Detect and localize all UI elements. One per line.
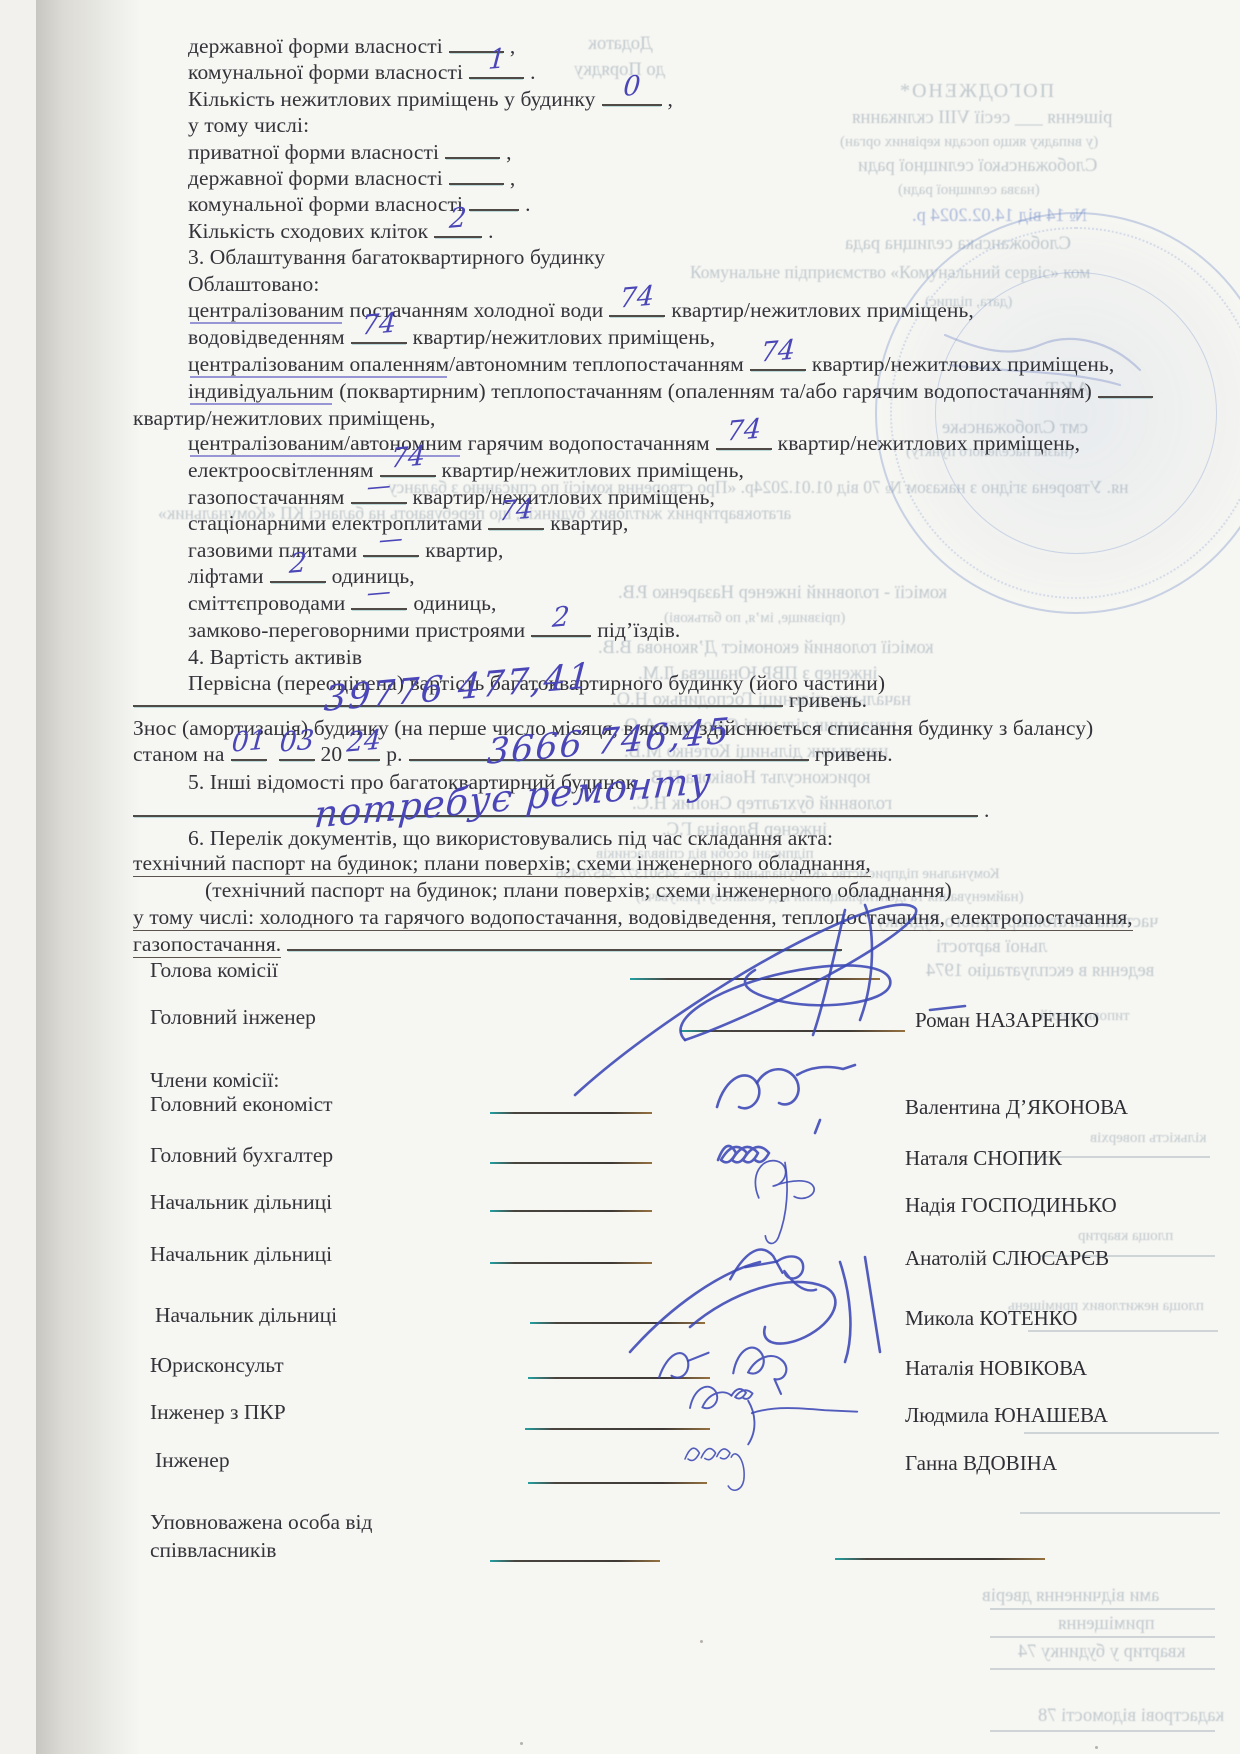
- signature-role: Голова комісії: [150, 958, 278, 983]
- blank-field: потребує ремонту: [133, 809, 978, 817]
- bleed-text: рішення ___ сесії VIII скликання: [852, 108, 1112, 129]
- bleed-text: (назва селищної ради): [898, 182, 1040, 199]
- form-line: Кількість сходових кліток2.: [188, 219, 494, 244]
- bleed-line: [990, 1636, 1215, 1638]
- signature-role: Уповноважена особа від: [150, 1510, 372, 1535]
- form-line: Кількість нежитлових приміщень у будинку…: [188, 87, 673, 112]
- signature-role: Начальник дільниці: [150, 1242, 332, 1267]
- bleed-line: [990, 1668, 1215, 1670]
- blank-field: 74: [351, 336, 407, 344]
- form-line: стаціонарними електроплитами74квартир,: [188, 511, 628, 536]
- blank-field: 74: [488, 522, 544, 530]
- blank-field: [449, 177, 504, 185]
- bleed-text: Слобожанської селищної ради: [858, 156, 1097, 177]
- form-line: газовими плитами—квартир,: [188, 538, 503, 563]
- depreciation-line: станом на01032024р.3666 746,45гривень.: [133, 742, 893, 767]
- form-line: централізованим постачанням холодної вод…: [188, 298, 974, 323]
- form-line: у тому числі:: [188, 113, 309, 138]
- signer-name: Анатолій СЛЮСАРЄВ: [905, 1246, 1109, 1271]
- section-3-heading: 3. Облаштування багатоквартирного будинк…: [188, 245, 605, 270]
- blank-field: 74: [609, 309, 665, 317]
- signature-role: Начальник дільниці: [155, 1303, 337, 1328]
- bleed-text: приміщення: [1058, 1614, 1155, 1635]
- blank-field: 3666 746,45: [409, 753, 809, 761]
- bleed-line: [990, 1608, 1215, 1610]
- signer-name: Надія ГОСПОДИНЬКО: [905, 1193, 1117, 1218]
- form-line: квартир/нежитлових приміщень,: [133, 406, 436, 431]
- blank-field: 74: [716, 442, 772, 450]
- form-line: централізованим/автономним гарячим водоп…: [188, 431, 1080, 456]
- form-line: приватної форми власності,: [188, 140, 512, 165]
- signature-role: Інженер з ПКР: [150, 1400, 286, 1425]
- form-line: газопостачанням—квартир/нежитлових примі…: [188, 485, 715, 510]
- signer-name: Микола КОТЕНКО: [905, 1306, 1077, 1331]
- bleed-line: [1024, 1432, 1219, 1434]
- signature-line: [490, 1162, 652, 1164]
- signature-line: [490, 1210, 652, 1212]
- section-4-heading: 4. Вартість активів: [188, 645, 362, 670]
- signature-role: співвласників: [150, 1538, 276, 1563]
- signature-squiggle-dyakonova: [695, 1055, 875, 1115]
- blank-field: —: [351, 602, 407, 610]
- bleed-text: до Порядку: [574, 60, 665, 81]
- blank-field: 03: [279, 753, 315, 761]
- initial-value-line: 39776 477,41гривень.: [133, 688, 867, 713]
- blank-field: 24: [348, 753, 380, 761]
- bleed-text: Додаток: [588, 34, 653, 55]
- scan-speck: [1095, 1746, 1098, 1749]
- blank-field: [445, 151, 500, 159]
- form-line: електроосвітленням74квартир/нежитлових п…: [188, 458, 744, 483]
- blank-field: 0: [602, 98, 662, 106]
- form-line: комунальної форми власності1.: [188, 60, 536, 85]
- blank-field: —: [351, 496, 407, 504]
- signature-line: [835, 1558, 1045, 1560]
- blank-field: [469, 203, 519, 211]
- blank-field: 1: [469, 71, 524, 79]
- bleed-text: (у випадку якщо посади керівних орган): [840, 134, 1098, 151]
- scan-speck: [700, 1640, 703, 1643]
- scan-speck: [520, 1742, 523, 1745]
- signature-role: Начальник дільниці: [150, 1190, 332, 1215]
- signer-name: Людмила ЮНАШЕВА: [905, 1403, 1108, 1428]
- bleed-text: квартир у будинку 74: [1018, 1642, 1186, 1663]
- bleed-text: кадастрові відомості 78: [1038, 1706, 1224, 1727]
- signer-name: Ганна ВДОВІНА: [905, 1451, 1057, 1476]
- bleed-line: [990, 1730, 1215, 1732]
- bleed-text: (прізвище, ім’я, по батькові): [664, 610, 845, 627]
- blank-field: [1098, 390, 1153, 398]
- signature-role: Головний бухгалтер: [150, 1143, 333, 1168]
- bleed-text: комісії - головний інженер Назаренко Р.В…: [618, 583, 947, 604]
- form-line: Облаштовано:: [188, 272, 319, 297]
- form-line: індивідуальним (поквартирним) теплопоста…: [188, 379, 1159, 404]
- scanner-edge-shadow: [36, 0, 141, 1754]
- signer-name: Наталія НОВІКОВА: [905, 1356, 1087, 1381]
- form-line: державної форми власності,: [188, 34, 515, 59]
- bleed-text: кількість поверхів: [1090, 1130, 1206, 1147]
- bleed-text: ПОГОДЖЕНО*: [898, 80, 1054, 103]
- blank-field: 39776 477,41: [133, 699, 783, 707]
- blank-field: 2: [434, 230, 482, 238]
- blank-field: 2: [270, 575, 326, 583]
- form-line: державної форми власності,: [188, 166, 515, 191]
- section-6-heading: 6. Перелік документів, що використовувал…: [188, 826, 833, 851]
- signature-squiggle-vdovina: [600, 1423, 830, 1498]
- form-line: централізованим опаленням/автономним теп…: [188, 352, 1114, 377]
- signature-role: Члени комісії:: [150, 1068, 279, 1093]
- signature-line: [490, 1112, 652, 1114]
- blank-field: 01: [231, 753, 267, 761]
- blank-field: 74: [750, 363, 806, 371]
- bleed-line: [1020, 1512, 1220, 1514]
- bleed-text: площа квартир: [1078, 1228, 1173, 1245]
- blank-field: 2: [531, 629, 591, 637]
- scanned-act-page: Додаток до Порядку ПОГОДЖЕНО* рішення __…: [0, 0, 1240, 1754]
- signature-role: Головний інженер: [150, 1005, 316, 1030]
- signature-role: Головний економіст: [150, 1092, 333, 1117]
- signature-line: [490, 1560, 660, 1562]
- other-info-line: потребує ремонту.: [133, 798, 989, 823]
- blank-field: —: [363, 549, 419, 557]
- form-line: замково-переговорними пристроями2під’їзд…: [188, 618, 680, 643]
- signer-name: Наталя СНОПИК: [905, 1146, 1062, 1171]
- form-line: водовідведенням74квартир/нежитлових прим…: [188, 325, 715, 350]
- signature-role: Юрисконсульт: [150, 1353, 284, 1378]
- signature-role: Інженер: [155, 1448, 230, 1473]
- form-line: сміттєпроводами—одиниць,: [188, 591, 496, 616]
- bleed-text: ами відчинення дверів: [982, 1586, 1159, 1607]
- form-line: комунальної форми власності.: [188, 192, 531, 217]
